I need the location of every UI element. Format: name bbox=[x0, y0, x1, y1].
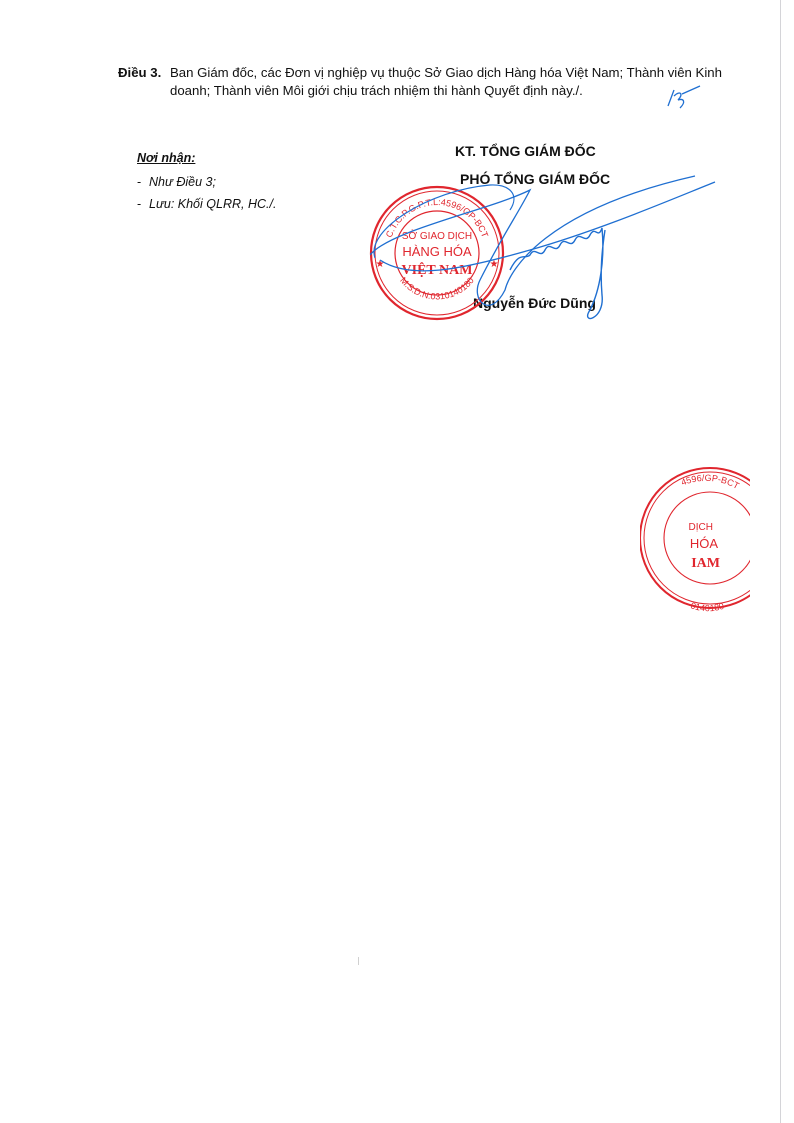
partial-seal-icon: 4596/GP-BCT 0140180 DỊCH HÓA IAM ★ bbox=[640, 463, 750, 613]
svg-text:HÓA: HÓA bbox=[690, 536, 719, 551]
svg-text:M.S.D.N:0310140180: M.S.D.N:0310140180 bbox=[398, 275, 476, 301]
svg-text:SỞ GIAO DỊCH: SỞ GIAO DỊCH bbox=[402, 229, 472, 242]
partial-seal: 4596/GP-BCT 0140180 DỊCH HÓA IAM ★ bbox=[640, 463, 780, 613]
article-3: Điều 3. Ban Giám đốc, các Đơn vị nghiệp … bbox=[118, 64, 728, 100]
svg-text:★: ★ bbox=[376, 259, 385, 270]
recipient-item: -Như Điều 3; bbox=[137, 175, 276, 189]
article-text: Ban Giám đốc, các Đơn vị nghiệp vụ thuộc… bbox=[170, 64, 728, 100]
svg-text:0140180: 0140180 bbox=[689, 600, 725, 613]
svg-text:HÀNG HÓA: HÀNG HÓA bbox=[402, 244, 472, 259]
scan-artifact bbox=[358, 957, 359, 965]
page-edge bbox=[780, 0, 781, 1123]
initial-mark-icon bbox=[664, 84, 704, 114]
svg-text:VIỆT NAM: VIỆT NAM bbox=[402, 261, 473, 278]
signatory-title: KT. TỔNG GIÁM ĐỐC bbox=[455, 143, 596, 159]
company-seal-icon: C.T.C.P.G.P.T.L:4596/GP-BCT M.S.D.N:0310… bbox=[367, 183, 507, 323]
recipients-heading: Nơi nhận: bbox=[137, 151, 276, 165]
svg-text:★: ★ bbox=[490, 259, 499, 270]
recipients: Nơi nhận: -Như Điều 3; -Lưu: Khối QLRR, … bbox=[137, 151, 276, 219]
recipient-item: -Lưu: Khối QLRR, HC./. bbox=[137, 197, 276, 211]
article-label: Điều 3. bbox=[118, 64, 161, 82]
svg-text:DỊCH: DỊCH bbox=[689, 522, 713, 533]
svg-text:IAM: IAM bbox=[691, 556, 720, 571]
